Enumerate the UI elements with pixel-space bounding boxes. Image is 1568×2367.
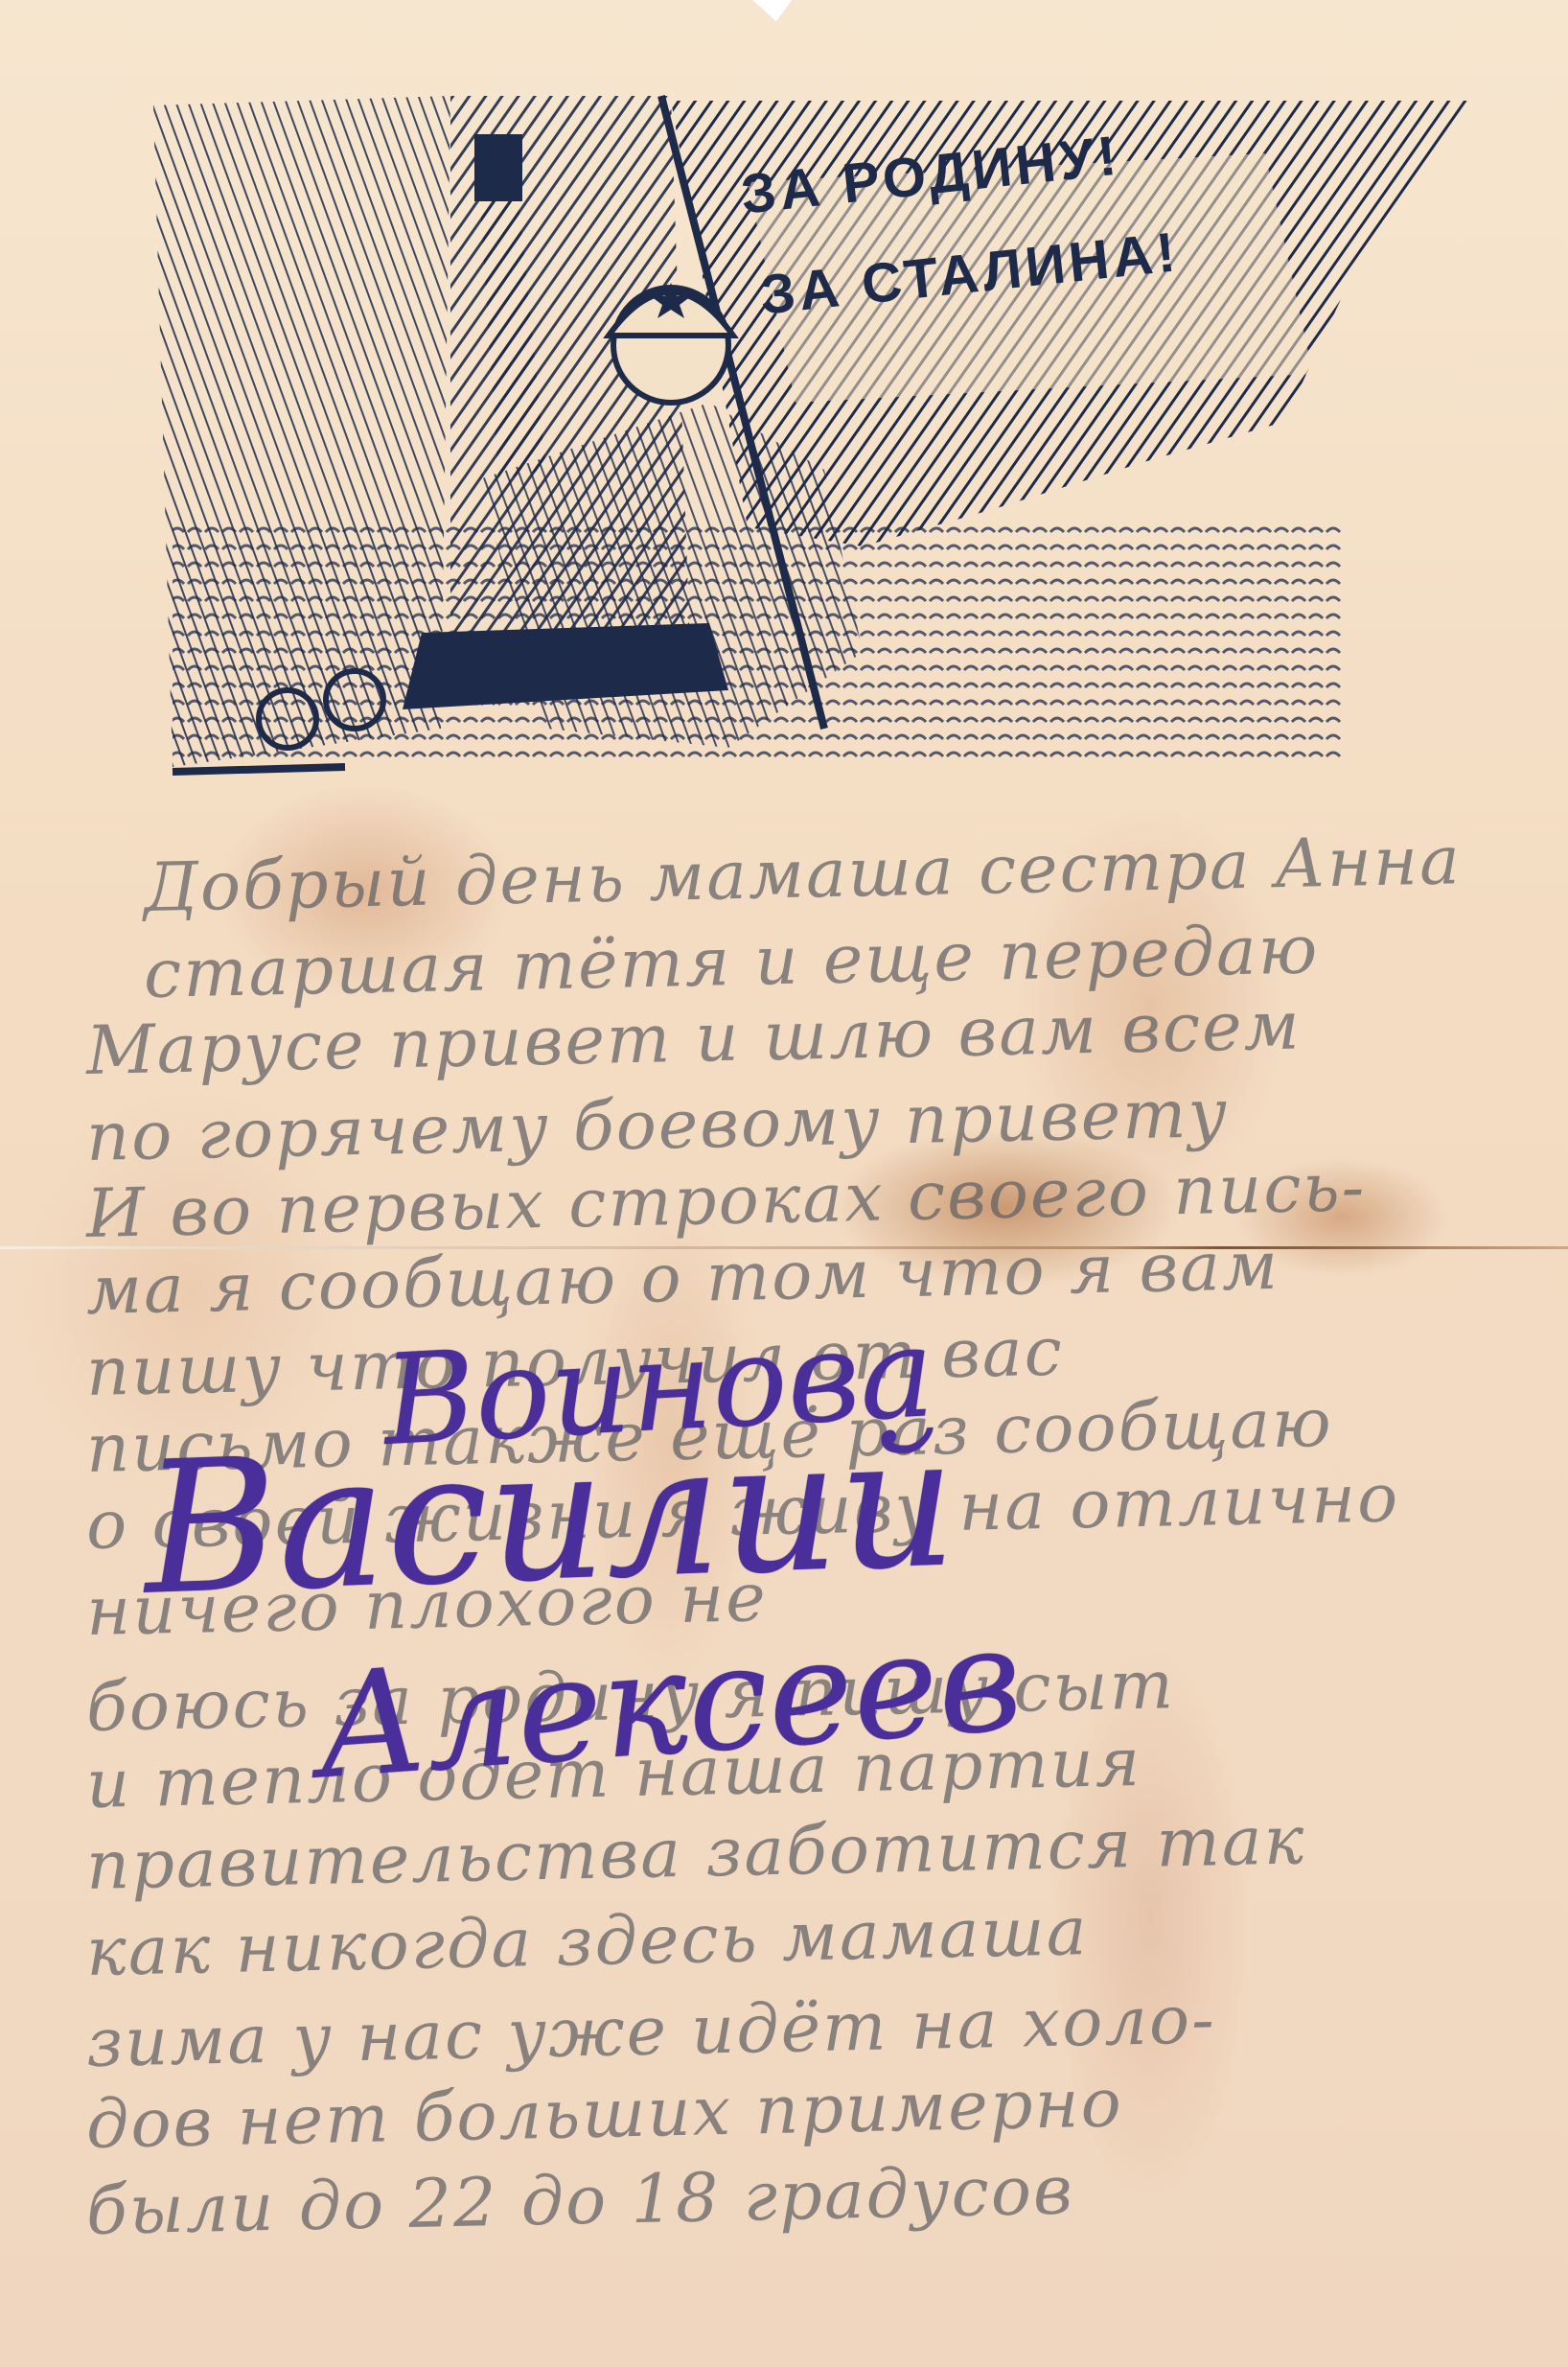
ink-name-line-2: Василий <box>140 1395 959 1635</box>
letterhead-illustration: ЗА РОДИНУ! ЗА СТАЛИНА! <box>134 58 1495 796</box>
